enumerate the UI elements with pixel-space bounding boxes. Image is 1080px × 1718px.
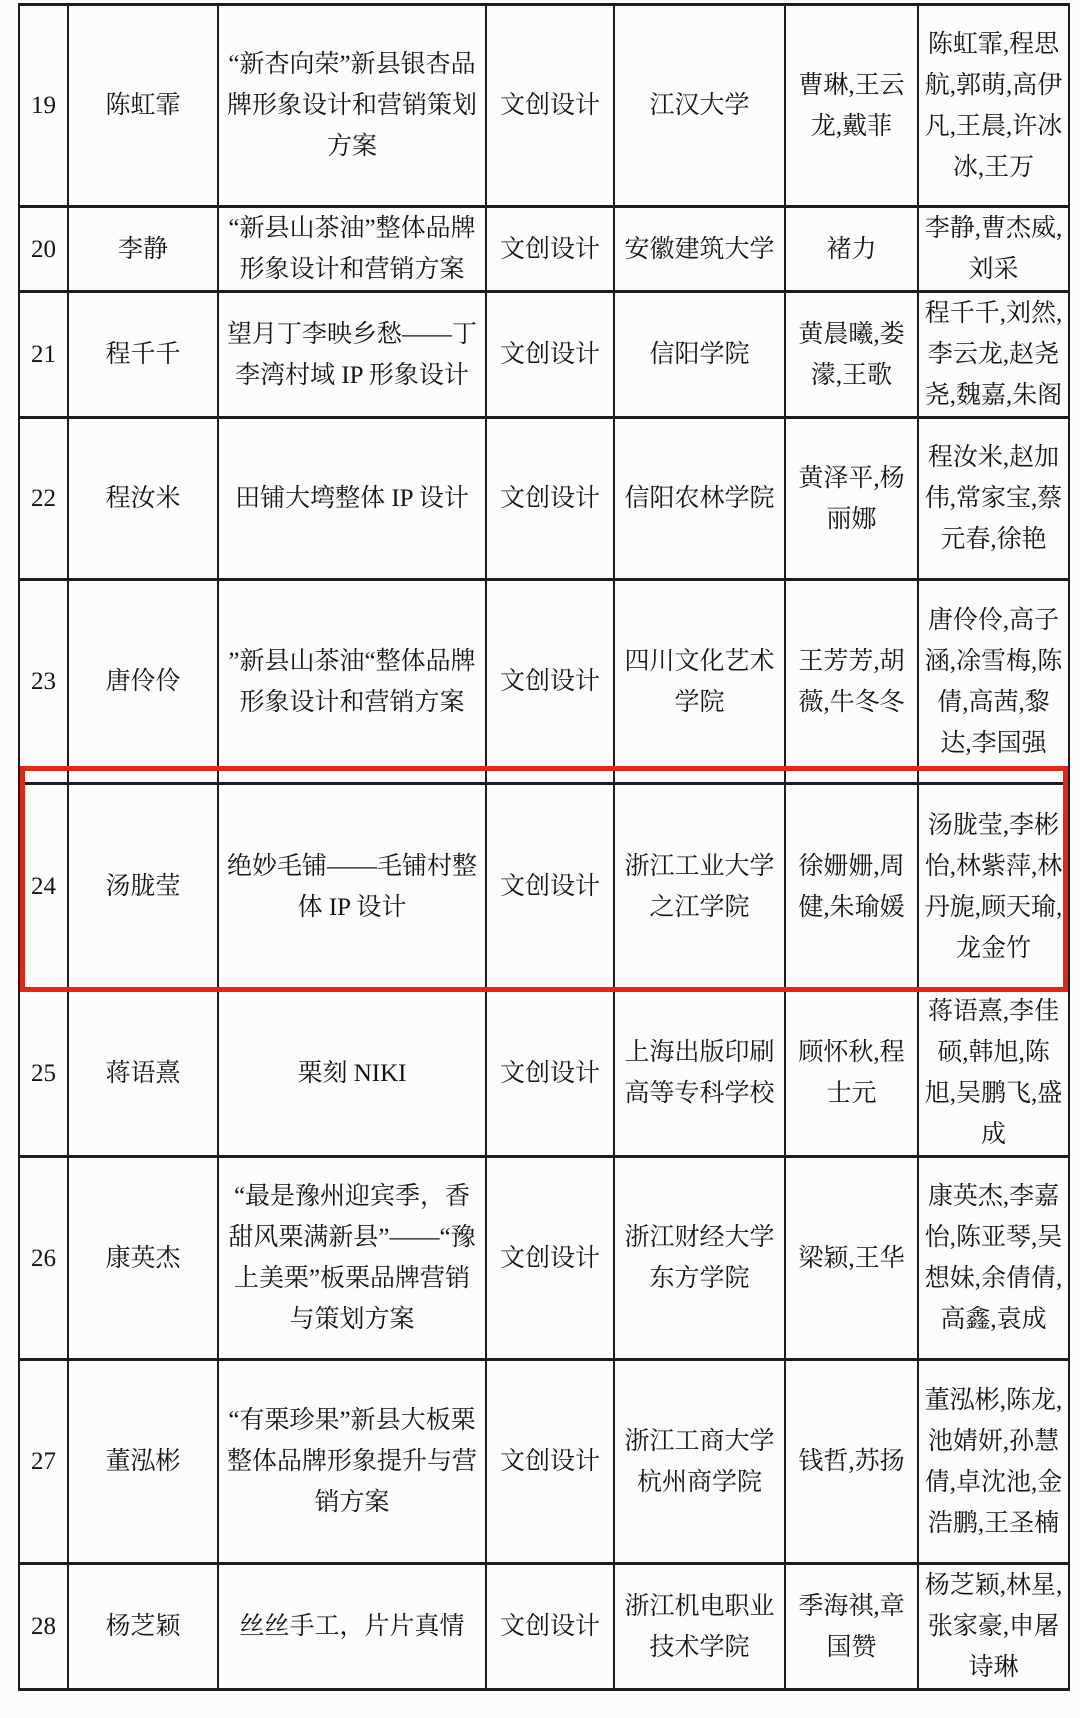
cell-name: 蒋语熹 xyxy=(68,990,218,1157)
cell-advisors: 钱哲,苏扬 xyxy=(785,1360,918,1564)
cell-category: 文创设计 xyxy=(486,580,614,784)
cell-number: 22 xyxy=(19,418,68,580)
cell-school: 信阳农林学院 xyxy=(614,418,785,580)
cell-school: 信阳学院 xyxy=(614,292,785,418)
cell-advisors: 黄泽平,杨丽娜 xyxy=(785,418,918,580)
cell-project: 栗刻 NIKI xyxy=(218,990,486,1157)
cell-project: 丝丝手工，片片真情 xyxy=(218,1564,486,1690)
cell-members: 程汝米,赵加伟,常家宝,蔡元春,徐艳 xyxy=(918,418,1069,580)
cell-advisors: 顾怀秋,程士元 xyxy=(785,990,918,1157)
cell-category: 文创设计 xyxy=(486,207,614,292)
cell-school: 上海出版印刷高等专科学校 xyxy=(614,990,785,1157)
cell-number: 26 xyxy=(19,1157,68,1360)
cell-project: 绝妙毛铺——毛铺村整体 IP 设计 xyxy=(218,784,486,990)
cell-category: 文创设计 xyxy=(486,990,614,1157)
cell-project: ”新县山茶油“整体品牌形象设计和营销方案 xyxy=(218,580,486,784)
cell-name: 唐伶伶 xyxy=(68,580,218,784)
cell-project: “有栗珍果”新县大板栗整体品牌形象提升与营销方案 xyxy=(218,1360,486,1564)
cell-category: 文创设计 xyxy=(486,418,614,580)
cell-number: 24 xyxy=(19,784,68,990)
cell-members: 蒋语熹,李佳硕,韩旭,陈旭,吴鹏飞,盛成 xyxy=(918,990,1069,1157)
cell-category: 文创设计 xyxy=(486,292,614,418)
results-table-body: 19陈虹霏“新杏向荣”新县银杏品牌形象设计和营销策划方案文创设计江汉大学曹琳,王… xyxy=(19,5,1069,1690)
cell-name: 汤胧莹 xyxy=(68,784,218,990)
cell-project: “新杏向荣”新县银杏品牌形象设计和营销策划方案 xyxy=(218,5,486,207)
table-row: 27董泓彬“有栗珍果”新县大板栗整体品牌形象提升与营销方案文创设计浙江工商大学杭… xyxy=(19,1360,1069,1564)
cell-category: 文创设计 xyxy=(486,5,614,207)
cell-members: 唐伶伶,高子涵,凃雪梅,陈倩,高茜,黎达,李国强 xyxy=(918,580,1069,784)
cell-school: 江汉大学 xyxy=(614,5,785,207)
table-row: 25蒋语熹栗刻 NIKI文创设计上海出版印刷高等专科学校顾怀秋,程士元蒋语熹,李… xyxy=(19,990,1069,1157)
table-row: 20李静“新县山茶油”整体品牌形象设计和营销方案文创设计安徽建筑大学褚力李静,曹… xyxy=(19,207,1069,292)
cell-school: 安徽建筑大学 xyxy=(614,207,785,292)
cell-project: “最是豫州迎宾季，香甜风栗满新县”——“豫上美栗”板栗品牌营销与策划方案 xyxy=(218,1157,486,1360)
cell-members: 程千千,刘然,李云龙,赵尧尧,魏嘉,朱阁 xyxy=(918,292,1069,418)
cell-category: 文创设计 xyxy=(486,1564,614,1690)
table-row: 24汤胧莹绝妙毛铺——毛铺村整体 IP 设计文创设计浙江工业大学之江学院徐姗姗,… xyxy=(19,784,1069,990)
results-table: 19陈虹霏“新杏向荣”新县银杏品牌形象设计和营销策划方案文创设计江汉大学曹琳,王… xyxy=(18,3,1070,1691)
cell-school: 四川文化艺术学院 xyxy=(614,580,785,784)
cell-school: 浙江财经大学东方学院 xyxy=(614,1157,785,1360)
cell-number: 23 xyxy=(19,580,68,784)
cell-category: 文创设计 xyxy=(486,784,614,990)
cell-number: 19 xyxy=(19,5,68,207)
cell-advisors: 曹琳,王云龙,戴菲 xyxy=(785,5,918,207)
table-row: 21程千千望月丁李映乡愁——丁李湾村域 IP 形象设计文创设计信阳学院黄晨曦,娄… xyxy=(19,292,1069,418)
cell-advisors: 褚力 xyxy=(785,207,918,292)
table-row: 22程汝米田铺大塆整体 IP 设计文创设计信阳农林学院黄泽平,杨丽娜程汝米,赵加… xyxy=(19,418,1069,580)
cell-name: 董泓彬 xyxy=(68,1360,218,1564)
cell-members: 康英杰,李嘉怡,陈亚琴,吴想妹,余倩倩,高鑫,袁成 xyxy=(918,1157,1069,1360)
cell-project: 田铺大塆整体 IP 设计 xyxy=(218,418,486,580)
cell-members: 李静,曹杰威,刘采 xyxy=(918,207,1069,292)
cell-advisors: 王芳芳,胡薇,牛冬冬 xyxy=(785,580,918,784)
cell-number: 27 xyxy=(19,1360,68,1564)
cell-advisors: 徐姗姗,周健,朱瑜媛 xyxy=(785,784,918,990)
cell-number: 25 xyxy=(19,990,68,1157)
table-row: 19陈虹霏“新杏向荣”新县银杏品牌形象设计和营销策划方案文创设计江汉大学曹琳,王… xyxy=(19,5,1069,207)
cell-project: “新县山茶油”整体品牌形象设计和营销方案 xyxy=(218,207,486,292)
cell-category: 文创设计 xyxy=(486,1157,614,1360)
table-row: 26康英杰“最是豫州迎宾季，香甜风栗满新县”——“豫上美栗”板栗品牌营销与策划方… xyxy=(19,1157,1069,1360)
cell-number: 20 xyxy=(19,207,68,292)
cell-school: 浙江机电职业技术学院 xyxy=(614,1564,785,1690)
cell-school: 浙江工商大学杭州商学院 xyxy=(614,1360,785,1564)
cell-school: 浙江工业大学之江学院 xyxy=(614,784,785,990)
cell-advisors: 季海祺,章国赞 xyxy=(785,1564,918,1690)
cell-advisors: 梁颖,王华 xyxy=(785,1157,918,1360)
cell-members: 陈虹霏,程思航,郭萌,高伊凡,王晨,许冰冰,王万 xyxy=(918,5,1069,207)
table-row: 23唐伶伶”新县山茶油“整体品牌形象设计和营销方案文创设计四川文化艺术学院王芳芳… xyxy=(19,580,1069,784)
cell-number: 28 xyxy=(19,1564,68,1690)
table-row: 28杨芝颖丝丝手工，片片真情文创设计浙江机电职业技术学院季海祺,章国赞杨芝颖,林… xyxy=(19,1564,1069,1690)
cell-name: 程千千 xyxy=(68,292,218,418)
cell-members: 杨芝颖,林星,张家豪,申屠诗琳 xyxy=(918,1564,1069,1690)
cell-project: 望月丁李映乡愁——丁李湾村域 IP 形象设计 xyxy=(218,292,486,418)
cell-name: 李静 xyxy=(68,207,218,292)
cell-members: 汤胧莹,李彬怡,林紫萍,林丹旎,顾天瑜,龙金竹 xyxy=(918,784,1069,990)
cell-name: 杨芝颖 xyxy=(68,1564,218,1690)
cell-members: 董泓彬,陈龙,池婧妍,孙慧倩,卓沈池,金浩鹏,王圣楠 xyxy=(918,1360,1069,1564)
cell-name: 康英杰 xyxy=(68,1157,218,1360)
cell-number: 21 xyxy=(19,292,68,418)
cell-name: 陈虹霏 xyxy=(68,5,218,207)
cell-category: 文创设计 xyxy=(486,1360,614,1564)
cell-advisors: 黄晨曦,娄濛,王歌 xyxy=(785,292,918,418)
cell-name: 程汝米 xyxy=(68,418,218,580)
